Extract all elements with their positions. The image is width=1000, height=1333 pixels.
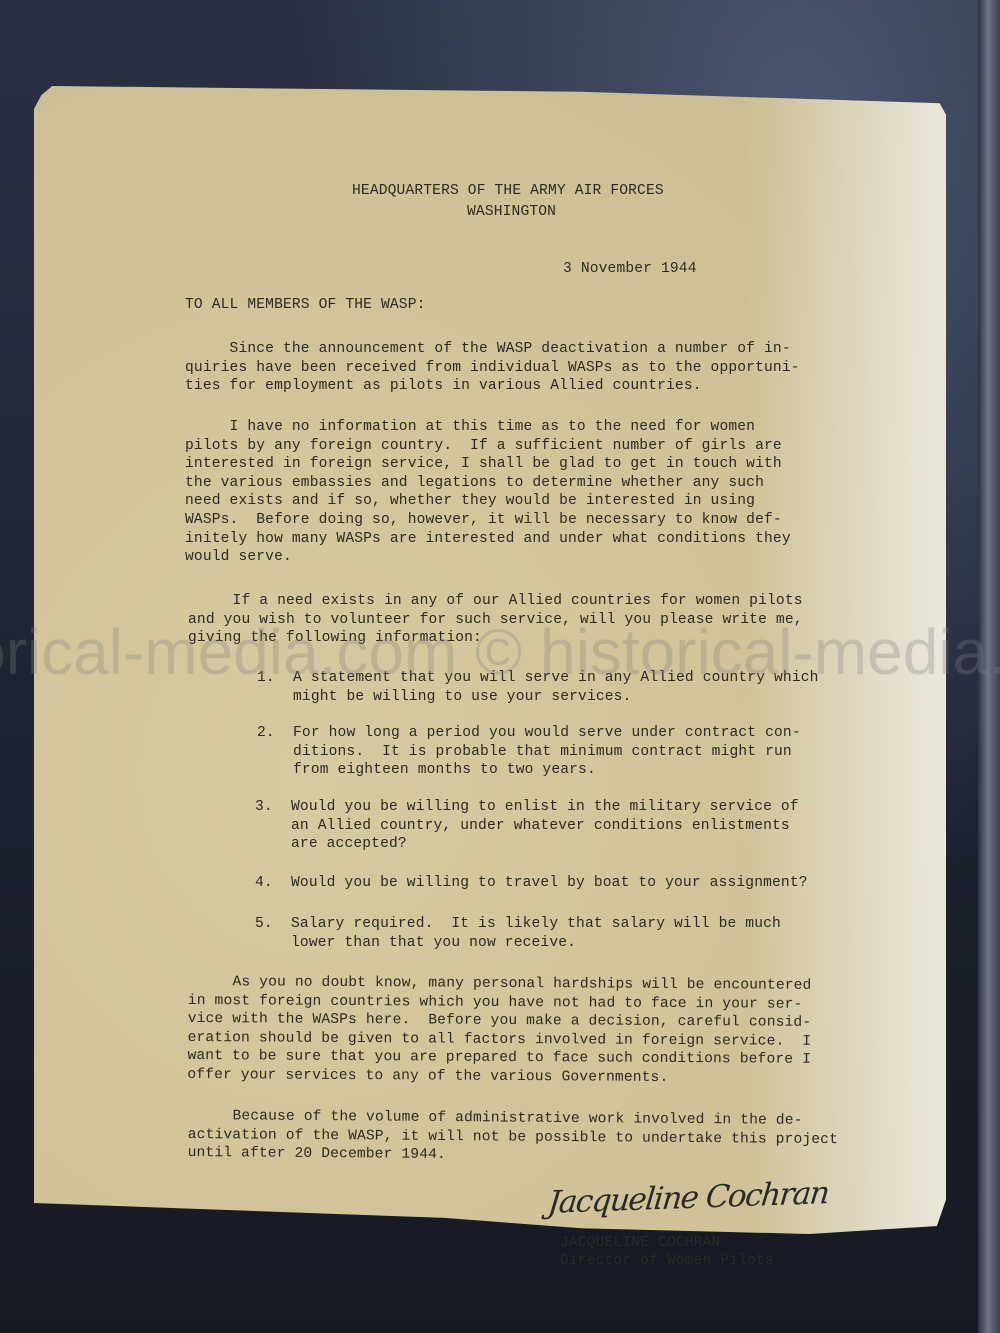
list-item-text: Would you be willing to travel by boat t… — [291, 874, 808, 893]
list-item-number: 5. — [255, 915, 291, 952]
list-item-number: 2. — [257, 724, 293, 780]
list-item-text: Salary required. It is likely that salar… — [291, 915, 781, 952]
salutation: TO ALL MEMBERS OF THE WASP: — [185, 296, 426, 314]
list-item: 5. Salary required. It is likely that sa… — [255, 915, 781, 952]
signatory-name: JACQUELINE COCHRAN — [560, 1234, 720, 1252]
closing-paragraph-2: Because of the volume of administrative … — [188, 1107, 839, 1168]
list-item: 4. Would you be willing to travel by boa… — [255, 874, 808, 893]
signatory-title: Director of Women Pilots — [560, 1252, 774, 1270]
list-item-number: 4. — [255, 874, 291, 893]
list-item: 2. For how long a period you would serve… — [257, 724, 801, 780]
list-item-number: 1. — [257, 669, 293, 706]
paragraph-2: I have no information at this time as to… — [185, 418, 791, 567]
list-item-text: For how long a period you would serve un… — [293, 724, 801, 780]
list-item-number: 3. — [255, 798, 291, 854]
list-item: 3. Would you be willing to enlist in the… — [255, 798, 799, 854]
photo-scene: HEADQUARTERS OF THE ARMY AIR FORCES WASH… — [0, 0, 1000, 1333]
list-item-text: Would you be willing to enlist in the mi… — [291, 798, 799, 854]
handwritten-signature: Jacqueline Cochran — [546, 1175, 830, 1221]
list-item: 1. A statement that you will serve in an… — [257, 669, 819, 706]
paragraph-3: If a need exists in any of our Allied co… — [188, 592, 803, 648]
letterhead-organization: HEADQUARTERS OF THE ARMY AIR FORCES — [352, 182, 664, 200]
closing-paragraph-1: As you no doubt know, many personal hard… — [187, 973, 811, 1088]
list-item-text: A statement that you will serve in any A… — [293, 669, 819, 706]
letter-date: 3 November 1944 — [563, 260, 697, 278]
paragraph-1: Since the announcement of the WASP deact… — [185, 340, 800, 396]
letterhead-city: WASHINGTON — [467, 203, 556, 221]
letter-document: HEADQUARTERS OF THE ARMY AIR FORCES WASH… — [0, 0, 1000, 1333]
